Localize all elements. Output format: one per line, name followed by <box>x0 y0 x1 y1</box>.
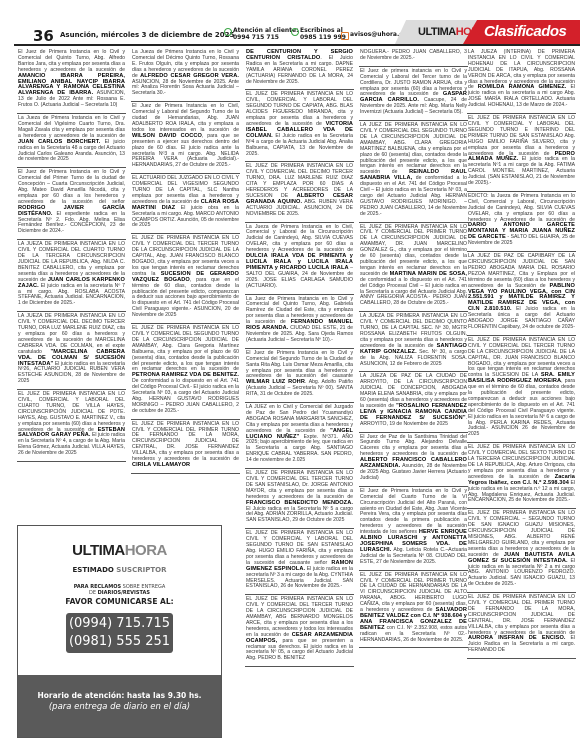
legal-notice: LA JUEZ en lo Civil y Comercial del Juzg… <box>245 403 354 469</box>
legal-notice: EL JUEZ DE PRIMERA INSTANCIA EN LO CIVIL… <box>467 593 576 659</box>
notice-text: EL JUEZ DE PRIMERA INSTANCIA EN LO CIVIL… <box>246 470 353 500</box>
ad-phone-2[interactable]: (0981) 555 251 <box>66 633 173 651</box>
legal-notice: EL ACTUARIO DEL JUZGADO EN LO CIVIL Y CO… <box>131 174 240 234</box>
legal-notice: EL JUEZ DE PRIMERA INSTANCIA EN LO CIVIL… <box>467 509 576 593</box>
ad-phone-box: (0994) 715.715 (0981) 555 251 <box>66 613 173 653</box>
legal-notice: EDICTO: la Jueza de Primera Instancia en… <box>467 192 576 252</box>
page-header: 36 Asunción, miércoles 3 de diciembre de… <box>0 0 580 44</box>
notice-text: ASUNCION, 28 de Noviembre de 2025. Ante … <box>132 79 239 97</box>
ad-hours: Horario de atención: hasta las 9.30 hs. <box>18 691 221 700</box>
section-title: Clasificados <box>484 23 566 40</box>
notice-text: , para que en el término de 60 días, con… <box>132 277 239 318</box>
legal-notice: EL JUEZ DE PRIMERA INSTANCIA EN LO CIVIL… <box>245 469 354 529</box>
legal-notice: LA JUEZA DE PRIMERA INSTANCIA EN LO CIVI… <box>17 312 126 390</box>
legal-notice: El Juez de Primera Instancia en lo Civil… <box>131 102 240 174</box>
ultimahora-logo: ULTIMAHORA <box>418 26 486 38</box>
legal-notice: El Juez de Primera Instancia en lo Civil… <box>17 168 126 240</box>
ad-phone-1[interactable]: (0994) 715.715 <box>66 615 173 633</box>
notice-text: EL JUEZ DE PRIMERA INSTANCIA EN LO CIVIL… <box>468 594 575 635</box>
legal-notice: EL JUEZ DE PRIMERA INSTANCIA EN LO CIVIL… <box>245 162 354 222</box>
email-icon <box>341 32 349 40</box>
legal-notice: EL JUEZ DE PRIMERA INSTANCIA EN LO CIVIL… <box>359 571 468 649</box>
notice-text: El Juez de Paz de la Santísima Trinidad … <box>360 434 467 458</box>
customer-service-contact: Atención al cliente: 0994 715 715 <box>233 27 299 41</box>
legal-notice: La Jueza de Primera Instancia en lo Civi… <box>245 223 354 295</box>
column-2: La Jueza de Primera Instancia en lo Civi… <box>131 48 240 523</box>
legal-notice: El Juez de Primera Instancia en lo Civil… <box>359 487 468 571</box>
legal-notice: DE CENTURION Y SERGIO CENTURION CRISTALD… <box>245 48 354 90</box>
notice-text: EL JUEZ DE PRIMERA INSTANCIA EN LO CIVIL… <box>360 224 467 277</box>
notice-text: EL JUEZ DE PRIMERA INSTANCIA EN LO CIVIL… <box>132 325 239 372</box>
ad-reclamos-text: PARA RECLAMOS SOBRE ENTREGA DE DIARIOS/R… <box>18 584 221 596</box>
legal-notice: La Jueza de Primera Instancia en lo Civi… <box>131 48 240 102</box>
notice-text: El Juez de Primera Instancia en lo Civil… <box>132 103 239 133</box>
page-date: Asunción, miércoles 3 de diciembre de 20… <box>60 31 234 39</box>
notice-text: EL JUEZ DE PRIMERA INSTANCIA EN LO CIVIL… <box>132 421 239 462</box>
legal-notice: EL JUEZ DE PRIMERA INSTANCIA EN LO CIVIL… <box>359 223 468 313</box>
notice-text: De conformidad a lo dispuesto en el Art.… <box>132 378 239 414</box>
ad-title: ESTIMADO SUSCRIPTOR <box>18 566 221 574</box>
notice-text: LA JUEZ DE PRIMERA INSTANCIA EN LO CIVIL… <box>360 122 467 175</box>
legal-notice: EL JUEZ DE PRIMERA INSTANCIA EN LO CIVIL… <box>131 324 240 420</box>
legal-notice: LA JUEZ DE PRIMERA INSTANCIA EN LO CIVIL… <box>359 121 468 223</box>
notice-text: , para que en el término de 60 días, con… <box>468 378 575 437</box>
ad-logo: ULTIMAHORA <box>18 542 221 559</box>
notice-text: La Jueza de Primera Instancia en lo Civi… <box>18 115 125 139</box>
legal-notice: El Juez de Paz de la Santísima Trinidad … <box>359 433 468 487</box>
notice-text: El Juez de Primera Instancia en lo Civil… <box>18 49 125 73</box>
legal-notice: EL JUEZ DE PRIMERA INSTANCIA EN LO CIVIL… <box>467 336 576 443</box>
deceased-name: DULCIA IRALA VDA DE PIMIENTA y LUCILA IR… <box>246 253 353 271</box>
notice-text: EL JUEZ DE PRIMERA INSTANCIA EN LO CIVIL… <box>468 510 575 557</box>
whatsapp-icon <box>224 28 232 36</box>
legal-notice: EL JUEZ DE PRIMERA INSTANCIA EN LO CIVIL… <box>467 114 576 192</box>
legal-notice: LA JUEZA DE PAZ DE LA CIUDAD DE ARROYITO… <box>359 372 468 432</box>
column-1: El Juez de Primera Instancia en lo Civil… <box>17 48 126 523</box>
whatsapp-phone[interactable]: 0985 119 999 <box>300 34 346 41</box>
notice-text: El Juez de Primera Instancia en lo Civil… <box>246 350 353 380</box>
legal-notice: EL JUEZ DE PRIMERA INSTANCIA EN LO CIVIL… <box>131 234 240 324</box>
legal-notice: EL JUEZ DE PRIMERA INSTANCIA EN LO CIVIL… <box>467 443 576 509</box>
header-divider <box>14 44 580 46</box>
column-4: NOGUERA.- PEDRO JUAN CABALLERO, 3 de Nov… <box>359 48 468 740</box>
legal-notice: EL JUEZ DE PRIMERA INSTANCIA EN LO CIVIL… <box>245 529 354 595</box>
page-number: 36 <box>33 27 54 45</box>
column-5: LA JUEZA (INTERINA) DE PRIMERA INSTANCIA… <box>467 48 576 740</box>
ad-hours-note: (para entrega de diario en el día) <box>18 702 221 712</box>
customer-service-phone[interactable]: 0994 715 715 <box>233 34 299 41</box>
ad-call-label: FAVOR COMUNICARSE AL: <box>18 597 221 606</box>
legal-notice: LA JUEZA DE PRIMERA INSTANCIA EN LO CIVI… <box>17 240 126 312</box>
legal-notice: LA JUEZA (INTERINA) DE PRIMERA INSTANCIA… <box>467 48 576 114</box>
legal-notice: LA JUEZA DE PRIMERA INSTANCIA EN LO CIVI… <box>359 312 468 372</box>
legal-notice: EL JUEZ DE PRIMERA INSTANCIA EN LO CIVIL… <box>131 420 240 474</box>
legal-notice: La Jueza de Primera Instancia en lo Civi… <box>17 114 126 168</box>
whatsapp-icon <box>291 28 299 36</box>
subscriber-ad: ULTIMAHORA ESTIMADO SUSCRIPTOR PARA RECL… <box>17 525 222 738</box>
legal-notice: EL JUEZ DE PRIMERA INSTANCIA EN LO CIVIL… <box>245 90 354 162</box>
notice-text: EDICTO: la Jueza de Primera Instancia en… <box>468 193 575 223</box>
ad-hours-footer: Horario de atención: hasta las 9.30 hs. … <box>18 675 221 737</box>
column-3: DE CENTURION Y SERGIO CENTURION CRISTALD… <box>245 48 354 740</box>
notice-text: El Juicio radica en la Secretaría Nº 5 a… <box>246 506 353 524</box>
notice-text: El Juez de Primera Instancia en lo Civil… <box>360 488 467 535</box>
notice-text: NOGUERA.- PEDRO JUAN CABALLERO, 3 de Nov… <box>360 49 467 61</box>
notice-text: La Jueza de Primera Instancia en lo Civi… <box>246 224 353 254</box>
legal-notice: LA JUEZ DE PAZ DE CAPIIBARY DE LA CIRCUN… <box>467 252 576 336</box>
legal-notice: La Juez de Primera Instancia en lo Civil… <box>245 295 354 349</box>
notice-text: El Juez de Primera Instancia en lo Civil… <box>18 169 125 205</box>
notice-text: , para que se presenten a ejercer sus de… <box>132 133 239 169</box>
notice-text: de conformidad a lo dispuesto en el Art.… <box>360 175 467 216</box>
notice-text: de conformidad a lo dispuesto en el Art.… <box>360 277 467 307</box>
legal-notice: El Juez de Primera Instancia en lo Civil… <box>245 349 354 403</box>
legal-notice: NOGUERA.- PEDRO JUAN CABALLERO, 3 de Nov… <box>359 48 468 67</box>
whatsapp-contact: Escribinos al 0985 119 999 <box>300 27 346 41</box>
legal-notice: EL JUEZ DE PRIMERA INSTANCIA EN LO CIVIL… <box>17 390 126 462</box>
legal-notice: El Juez de primera instancia en lo Civil… <box>359 67 468 121</box>
legal-notice: EL JUEZ DE PRIMERA INSTANCIA EN LO CIVIL… <box>245 595 354 667</box>
deceased-name: CIRILA VILLAMAYOR <box>132 462 190 468</box>
legal-notice: El Juez de Primera Instancia en lo Civil… <box>17 48 126 114</box>
